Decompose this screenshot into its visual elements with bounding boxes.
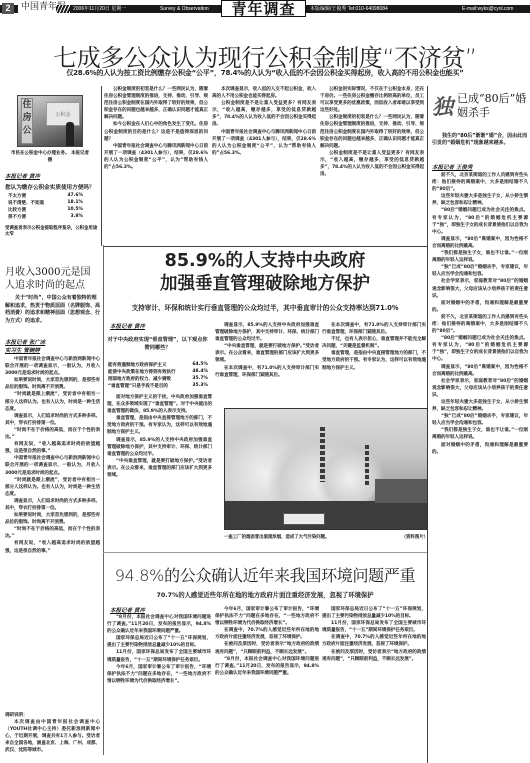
photo-board: 公积金 [46,102,80,126]
right-headline: 已成“80后”婚姻杀手 [457,92,529,120]
paragraph: “独”已成“80后”婚姻杀手，专家建议，年轻人应当学会沟通和包容。 [432,264,528,278]
section-title: 青年调查 [221,0,306,17]
right-byline: 本报记者 王俊秀 [432,163,472,171]
chimney [365,445,369,485]
paragraph: 这些年轻夫妻大多是独生子女，从小娇生惯养，缺乏包容和忍让精神。 [432,399,528,413]
paragraph: 在调查中，70.7%的人感觉近些年所在地的地方政府片面注重经济发展，忽视了环境保… [322,634,426,648]
env-body-col1: “8月份，本报社会调查中心对我国环境问题进行了调查。”11月20日，发布的报告显… [107,614,211,762]
paragraph: 中国青年报社会调查中心与新浪网新闻中心联合开展的一项调查显示，一般认为，月收入3… [5,356,100,377]
paragraph: 在调查中，70.7%的人感觉近些年所在地的地方政府片面注重经济发展，忽视了环境保… [215,627,319,641]
paragraph: 调查显示，85.9%的人支持中央政府加强垂直管理破除地方保护，其中支持审计、环保… [215,322,319,343]
lead-body-col3: 公积金的实际情况，不仅在于公积金本身，还在于房价。一些住房公积金缴存比例较高的单… [320,86,424,244]
paragraph: 11月份，国家环保总局发布了全国主要城市环境质量报告，“十一五”期间环境保护任务… [322,620,426,634]
paragraph: 国家环保总局近日公布了“十一五”环保规划，提出了主要污染物排放总量减少10%的目… [107,635,211,649]
issue-date: 2006年11月20日 星期一 [73,5,126,13]
paragraph: “时尚不在于价格的高低，而在于个性的表达。” [5,526,100,540]
paragraph: 如果要说时尚，大家首先想到的，是那些有品位的服饰。时尚离不开消费。 [5,512,100,526]
factory-photo-caption: 一座工厂的烟囱冒出滚滚浓烟，造成了大气污染问题。 （资料图片） [224,534,428,540]
poll-row: 不太方便47.6% [8,193,83,199]
conveyor-structure [375,479,428,503]
side-story-headline: 月收入3000元是国人追求时尚的起点 [5,266,100,292]
paragraph: 不过，也有人表示担心，垂直管理并不能完全解决问题，“关键是监督机制”。 [322,336,426,350]
factory-buildings [225,501,428,530]
paragraph: 调查显示，人们追求时尚的方式多种多样。其中，穿衣打扮排第一位。 [5,498,100,512]
paragraph: “中央垂直管理，就是要打破地方保护。”受访者表示。在公众看来，垂直管理的部门应该… [107,458,212,479]
center-byline: 本报记者 黄冲 [110,322,145,330]
factory-smoke-photo [224,408,428,530]
paragraph: 垂直管理，是指由中央直接管理地方的部门，不受地方政府的干预。有专家认为，这样可以… [107,415,212,436]
poll-row: 削弱地方政府的权力、减少腐败35.7% [108,376,208,382]
paragraph: 如果要说时尚，大家首先想到的，是那些有品位的服饰。时尚离不开消费。 [5,377,100,391]
paragraph: 在被问及原因时，受访者表示“地方政府的政绩观有问题”，“只顾眼前利益，不顾长远发… [322,649,426,663]
paragraph: “80后”婚姻问题已成为社会关注的焦点。有专家认为，“80后”的婚姻危机主要源于… [432,335,528,363]
center-poll-question: 对于中央政府实现“垂直管理”，以下观点你赞同哪些？ [105,336,210,352]
photo-figure [66,122,74,146]
side-story-byline-2: 实习生 管婉婷 [5,346,40,354]
poll-label: 不太方便 [8,193,26,199]
left-poll-byline: 本报记者 黄冲 [5,172,40,180]
white-building [283,513,325,525]
paragraph: 中国青年报社会调查中心与腾讯网新闻中心日前开展了一项调查（4301人参与），结果… [212,129,316,157]
env-byline: 本报记者 黄冲 [110,606,145,614]
editor-info: 本版编辑/王俊秀 Tel:010-64098084 [310,5,388,13]
paragraph: “时尚不在于价格的高低，而在于个性的表达。” [5,427,100,441]
paragraph: 在本次调查中，有71.0%的人支持审计部门实行垂直管理，环保部门紧随其后。 [215,365,319,379]
center-box-border [103,245,104,755]
paragraph: 公积金制度是不是让富人受益更多？有网友表示，“收入越高，缴存越多，享受的低息贷款… [212,100,316,128]
paragraph: “独”已成“80后”婚姻杀手，专家建议，年轻人应当学会沟通和包容。 [432,413,528,427]
photo-caption: 市民在公积金中心办理业务。 本报记者 摄 [10,150,90,164]
poll-label: 很不方便 [8,214,26,220]
paragraph: “时尚就是跟上潮流”，受访者中有相当一部分人这样认为。也有人认为，时尚是一种生活… [5,477,100,498]
paragraph: 调查显示，“80后”离婚案中，因为性格不合而离婚的比例最高。 [432,236,528,250]
caption-text: 一座工厂的烟囱冒出滚滚浓烟，造成了大气污染问题。 [224,534,329,540]
right-body: 前不久，北京某街道的工作人员感到有些头疼：他们接待的离婚案中，大多是刚结婚不久的… [432,172,528,762]
side-story-body: 中国青年报社会调查中心与新浪网新闻中心联合开展的一项调查显示，一般认为，月收入3… [5,356,100,692]
poll-label: 削弱地方政府的权力、减少腐败 [108,376,171,382]
paragraph: 公积金制度的初衷是什么？一些网民认为，随着住房公积金管理制度的推进，支持、推动、… [104,86,208,121]
center-subheadline: 支持审计、环保和统计实行垂直管理的公众均过半，其中垂直审计的公众支持率达到71.… [105,302,425,312]
center-body-col3: 在本次调查中，有71.0%的人支持审计部门实行垂直管理，环保部门紧随其后。 不过… [322,322,426,404]
paragraph: “我们都是独生子女，谁也不让谁。”一位刚离婚的年轻人这样说。 [432,250,528,264]
footnote-title: 调研说明： [5,712,100,719]
poll-row: “垂直管理”只是手段不是目的35.3% [108,383,208,389]
paragraph: 如今公积金在人们心中的角色发生了变化。住房公积金制度的目的是什么？这是不是值得深… [104,121,208,142]
paragraph: “中央垂直管理，就是要打破地方保护。”受访者表示。在公众看来，垂直管理的部门应该… [215,343,319,364]
side-story-lead: 关于“时尚”，中国公众有着独特的理解和追求，热衷于物质层面（名牌服饰、高档消费）… [5,295,100,325]
right-headline-mark: 独 [432,91,453,121]
paragraph: “8月份，本报社会调查中心对我国环境问题进行了调查。”11月20日，发布的报告显… [215,656,319,677]
paragraph: 国家环保总局近日公布了“十一五”环保规划，提出了主要污染物排放总量减少10%的目… [322,606,426,620]
paragraph: 11月份，国家环保总局发布了全国主要城市环境质量报告，“十一五”期间环境保护任务… [107,649,211,663]
env-body-col2: 今年6月，国家审计署公布了审计报告，“环境保护执法不力”问题在多地存在，“一些地… [215,606,319,762]
photo-sign: 住房公 [21,98,33,144]
poll-value: 35.7% [192,376,208,382]
right-lead: 独生的“80后”渐渐“婚”合，因由此而引发的“婚姻危机”现象越来越多。 [432,133,528,147]
paragraph: 有网友说，“收入越高追求时尚的欲望越强，这是很自然的事。” [5,540,100,554]
left-poll-note: 受调查者表示公积金提取程序复杂，公积金用途太窄 [5,225,100,237]
poll-value: 10.5% [67,207,83,213]
poll-label: 能使中央政策在地方得到有效执行 [108,369,176,375]
center-headline-line2: 加强垂直管理破除地方保护 [105,273,425,296]
paragraph: 社会学家表示，家庭教育对“80后”的婚姻观念影响很大，父母应该从小培养孩子的责任… [432,378,528,399]
center-body-col1: 面对地方保护主义的干扰，中央政府加强垂直管理，在众多领域实现了“垂直管理”。对于… [107,394,212,542]
paragraph: “时尚就是跟上潮流”，受访者中有相当一部分人这样认为。也有人认为，时尚是一种生活… [5,391,100,412]
decorative-stripes [56,5,70,13]
poll-row: 比较方便10.5% [8,207,83,213]
paragraph: 公积金的实际情况，不仅在于公积金本身，还在于房价。一些住房公积金缴存比例较高的单… [320,86,424,114]
paragraph: 调查显示，85.9%的人支持中央政府加强垂直管理破除地方保护，其中支持审计、环保… [107,437,212,458]
paragraph: “80后”婚姻问题已成为社会关注的焦点。有专家认为，“80后”的婚姻危机主要源于… [432,207,528,235]
poll-label: 能有效遏制地方政府保护主义 [108,362,167,368]
paragraph: 面对婚姻中的矛盾，沟通和理解是最重要的。 [432,442,528,456]
side-story-byline: 本报记者 张广冰 [5,338,45,346]
poll-row: 说不清楚、不知道18.1% [8,200,83,206]
paragraph: “8月份，本报社会调查中心对我国环境问题进行了调查。”11月20日，发布的报告显… [107,614,211,635]
poll-label: 说不清楚、不知道 [8,200,44,206]
env-headline: 94.8%的公众确认近年来我国环境问题严重 [105,563,425,586]
editor-email: E-mail:wyks@cyol.com [462,5,513,13]
section-divider [103,552,427,553]
paragraph: 今年6月，国家审计署公布了审计报告，“环境保护执法不力”问题在多地存在，“一些地… [215,606,319,627]
paragraph: 调查显示，人们追求时尚的方式多种多样。其中，穿衣打扮排第一位。 [5,413,100,427]
paragraph: 调查显示，“80后”离婚案中，因为性格不合而离婚的比例最高。 [432,364,528,378]
center-headline: 85.9%的人支持中央政府 加强垂直管理破除地方保护 [105,250,425,296]
chimney [320,427,325,482]
page-number: 2 [2,3,14,14]
poll-row: 很不方便3.8% [8,214,83,220]
paragraph: 中国青年报社会调查中心与新浪网新闻中心联合开展的一项调查显示，一般认为，月收入3… [5,455,100,476]
poll-row: 能使中央政策在地方得到有效执行48.4% [108,369,208,375]
poll-row: 能有效遏制地方政府保护主义64.5% [108,362,208,368]
paragraph: 社会学家表示，家庭教育对“80后”的婚姻观念影响很大，父母应该从小培养孩子的责任… [432,278,528,299]
section-divider [103,246,427,247]
poll-value: 48.4% [192,369,208,375]
poll-value: 47.6% [67,193,83,199]
column-divider [101,86,102,246]
poll-value: 3.8% [71,214,83,220]
env-subheadline: 70.7%的人感觉近些年所在地的地方政府片面注重经济发展，忽视了环境保护 [105,590,425,599]
paragraph: 在本次调查中，有71.0%的人支持审计部门实行垂直管理，环保部门紧随其后。 [322,322,426,336]
paragraph: 有网友说，“收入越高追求时尚的欲望越强，这是很自然的事。” [5,441,100,455]
paragraph: 公积金制度的初衷是什么？一些网民认为，随着住房公积金管理制度的推进，支持、推动、… [320,114,424,149]
side-story-footnote: 调研说明： 本次调查由中国青年报社会调查中心（YOUTH社调中心主持）委托新浪网… [5,712,100,762]
section-english: Survey & Observation [160,5,209,13]
lead-body-col1: 公积金制度的初衷是什么？一些网民认为，随着住房公积金管理制度的推进，支持、推动、… [104,86,208,244]
lead-body-col2: 本次调查显示，收入低的人交不起公积金，收入高的人不用公积金也能买得起房。 公积金… [212,86,316,244]
env-body-col3: 国家环保总局近日公布了“十一五”环保规划，提出了主要污染物排放总量减少10%的目… [322,606,426,762]
paragraph: 这些年轻夫妻大多是独生子女，从小娇生惯养，缺乏包容和忍让精神。 [432,193,528,207]
lead-subheadline: 仅28.6%的人认为按工资比例缴存公积金“公平”，78.4%的人认为“收入低的不… [20,68,510,78]
poll-value: 64.5% [192,362,208,368]
paragraph: 前不久，北京某街道的工作人员感到有些头疼：他们接待的离婚案中，大多是刚结婚不久的… [432,172,528,193]
paragraph: 中国青年报社会调查中心与腾讯网新闻中心日前开展了一项调查（4301人参与），结果… [104,143,208,171]
paragraph: 面对婚姻中的矛盾，沟通和理解是最重要的。 [432,300,528,314]
paragraph: 公积金制度是不是让富人受益更多？有网友表示，“收入越高，缴存越多，享受的低息贷款… [320,150,424,178]
paragraph: 面对地方保护主义的干扰，中央政府加强垂直管理，在众多领域实现了“垂直管理”。对于… [107,394,212,415]
paragraph: “我们都是独生子女，谁也不让谁。”一位刚离婚的年轻人这样说。 [432,427,528,441]
paragraph: 垂直管理，是指由中央直接管理地方的部门，不受地方政府的干预。有专家认为，这样可以… [322,350,426,371]
footnote-text: 本次调查由中国青年报社会调查中心（YOUTH社调中心主持）委托新浪网新闻中心，于… [5,719,100,754]
poll-value: 18.1% [67,200,83,206]
center-headline-line1: 85.9%的人支持中央政府 [105,250,425,273]
masthead: 2 中国青年报 2006年11月20日 星期一 Survey & Observa… [0,0,530,15]
paragraph: 本次调查显示，收入低的人交不起公积金，收入高的人不用公积金也能买得起房。 [212,86,316,100]
paragraph: 前不久，北京某街道的工作人员感到有些头疼：他们接待的离婚案中，大多是刚结婚不久的… [432,314,528,335]
poll-label: 比较方便 [8,207,26,213]
center-body-col2: 调查显示，85.9%的人支持中央政府加强垂直管理破除地方保护，其中支持审计、环保… [215,322,319,404]
poll-label: “垂直管理”只是手段不是目的 [108,383,168,389]
paragraph: 今年6月，国家审计署公布了审计报告，“环境保护执法不力”问题在多地存在，“一些地… [107,664,211,685]
poll-value: 35.3% [192,383,208,389]
housing-fund-office-photo: 住房公 公积金 [17,95,83,147]
caption-credit: （资料图片） [402,534,428,540]
paragraph: 在被问及原因时，受访者表示“地方政府的政绩观有问题”，“只顾眼前利益，不顾长远发… [215,641,319,655]
left-poll-question: 您认为缴存公积金实质使用方便吗？ [5,183,100,191]
